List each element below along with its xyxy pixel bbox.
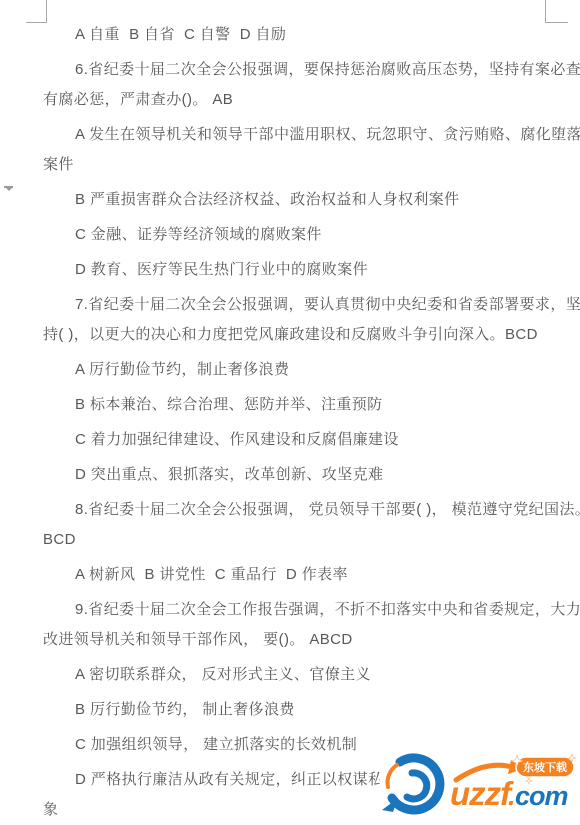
indent-marker-triangle — [6, 188, 12, 191]
text-line: D 突出重点、狠抓落实，改革创新、攻坚克难 — [43, 460, 563, 490]
text-line: A 自重 B 自省 C 自警 D 自励 — [43, 20, 563, 50]
document-body: A 自重 B 自省 C 自警 D 自励6.省纪委十届二次全会公报强调，要保持惩治… — [43, 20, 563, 825]
document-page: A 自重 B 自省 C 自警 D 自励6.省纪委十届二次全会公报强调，要保持惩治… — [0, 0, 580, 825]
paragraph: A 密切联系群众， 反对形式主义、官僚主义 — [43, 660, 563, 690]
paragraph: D 突出重点、狠抓落实，改革创新、攻坚克难 — [43, 460, 563, 490]
paragraph: B 标本兼治、综合治理、惩防并举、注重预防 — [43, 390, 563, 420]
text-line: C 金融、证券等经济领域的腐败案件 — [43, 220, 563, 250]
paragraph: 7.省纪委十届二次全会公报强调，要认真贯彻中央纪委和省委部署要求，坚持( )，以… — [43, 290, 563, 350]
swoosh-circle-icon — [382, 758, 440, 812]
paragraph: C 着力加强纪律建设、作风建设和反腐倡廉建设 — [43, 425, 563, 455]
paragraph: 8.省纪委十届二次全会公报强调， 党员领导干部要( )， 模范遵守党纪国法。BC… — [43, 495, 563, 555]
text-line: BCD — [43, 525, 563, 555]
text-line: 8.省纪委十届二次全会公报强调， 党员领导干部要( )， 模范遵守党纪国法。 — [43, 495, 563, 525]
indent-marker-icon — [4, 186, 13, 192]
text-line: A 密切联系群众， 反对形式主义、官僚主义 — [43, 660, 563, 690]
text-line: 7.省纪委十届二次全会公报强调，要认真贯彻中央纪委和省委部署要求，坚 — [43, 290, 563, 320]
paragraph: 9.省纪委十届二次全会工作报告强调，不折不扣落实中央和省委规定，大力改进领导机关… — [43, 595, 563, 655]
text-line: 6.省纪委十届二次全会公报强调，要保持惩治腐败高压态势，坚持有案必查、 — [43, 55, 563, 85]
paragraph: A 自重 B 自省 C 自警 D 自励 — [43, 20, 563, 50]
uzzf-watermark: uzzf . com 东坡下载 — [380, 752, 580, 818]
download-badge: 东坡下载 — [516, 757, 574, 777]
text-line: B 厉行勤俭节约， 制止奢侈浪费 — [43, 695, 563, 725]
badge-label: 东坡下载 — [523, 760, 567, 774]
text-line: 有腐必惩，严肃查办()。 AB — [43, 85, 563, 115]
tld-text: com — [515, 781, 568, 811]
text-line: C 着力加强纪律建设、作风建设和反腐倡廉建设 — [43, 425, 563, 455]
brand-text: uzzf — [450, 775, 514, 812]
paragraph: B 严重损害群众合法经济权益、政治权益和人身权利案件 — [43, 185, 563, 215]
paragraph: A 发生在领导机关和领导干部中滥用职权、玩忽职守、贪污贿赂、腐化堕落案件 — [43, 120, 563, 180]
text-line: 9.省纪委十届二次全会工作报告强调，不折不扣落实中央和省委规定，大力 — [43, 595, 563, 625]
paragraph: D 教育、医疗等民生热门行业中的腐败案件 — [43, 255, 563, 285]
paragraph: B 厉行勤俭节约， 制止奢侈浪费 — [43, 695, 563, 725]
text-line: A 厉行勤俭节约，制止奢侈浪费 — [43, 355, 563, 385]
text-line: A 树新风 B 讲党性 C 重品行 D 作表率 — [43, 560, 563, 590]
text-line: 案件 — [43, 150, 563, 180]
uzzf-logo-svg: uzzf . com 东坡下载 — [380, 752, 580, 818]
paragraph: C 金融、证券等经济领域的腐败案件 — [43, 220, 563, 250]
text-line: B 标本兼治、综合治理、惩防并举、注重预防 — [43, 390, 563, 420]
paragraph: A 厉行勤俭节约，制止奢侈浪费 — [43, 355, 563, 385]
text-line: A 发生在领导机关和领导干部中滥用职权、玩忽职守、贪污贿赂、腐化堕落 — [43, 120, 563, 150]
text-line: 持( )，以更大的决心和力度把党风廉政建设和反腐败斗争引向深入。BCD — [43, 320, 563, 350]
text-line: B 严重损害群众合法经济权益、政治权益和人身权利案件 — [43, 185, 563, 215]
paragraph: A 树新风 B 讲党性 C 重品行 D 作表率 — [43, 560, 563, 590]
text-line: D 教育、医疗等民生热门行业中的腐败案件 — [43, 255, 563, 285]
paragraph: 6.省纪委十届二次全会公报强调，要保持惩治腐败高压态势，坚持有案必查、有腐必惩，… — [43, 55, 563, 115]
text-line: 改进领导机关和领导干部作风， 要()。 ABCD — [43, 625, 563, 655]
